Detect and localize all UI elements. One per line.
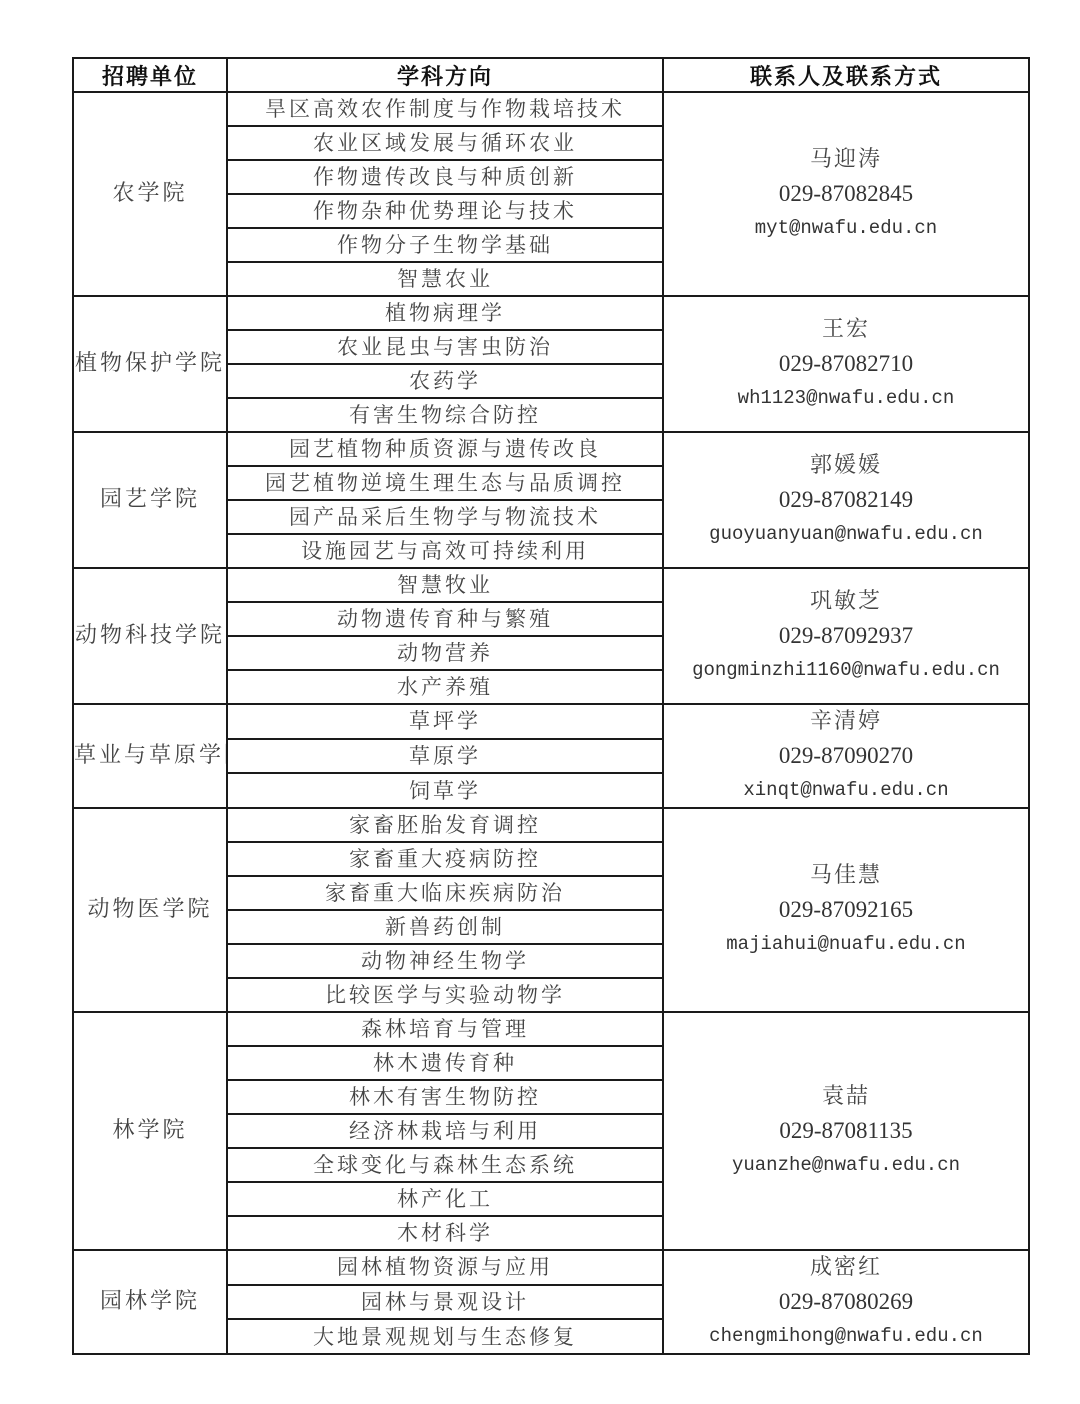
table-row: 动物医学院家畜胚胎发育调控马佳慧029-87092165majiahui@nua…	[73, 808, 1029, 842]
contact-name: 巩敏芝	[664, 585, 1028, 619]
header-contact: 联系人及联系方式	[663, 58, 1029, 92]
subject-cell: 林产化工	[227, 1182, 663, 1216]
unit-cell: 林学院	[73, 1012, 227, 1250]
header-subject: 学科方向	[227, 58, 663, 92]
unit-cell: 植物保护学院	[73, 296, 227, 432]
subject-cell: 农药学	[227, 364, 663, 398]
contact-name: 成密红	[664, 1251, 1028, 1285]
contact-email: gongminzhi1160@nwafu.edu.cn	[664, 653, 1028, 687]
contact-phone: 029-87092937	[664, 619, 1028, 653]
subject-cell: 草坪学	[227, 704, 663, 739]
contact-name: 辛清婷	[664, 705, 1028, 739]
subject-cell: 家畜胚胎发育调控	[227, 808, 663, 842]
unit-cell: 动物医学院	[73, 808, 227, 1012]
subject-cell: 作物遗传改良与种质创新	[227, 160, 663, 194]
contact-cell: 辛清婷029-87090270xinqt@nwafu.edu.cn	[663, 704, 1029, 808]
contact-phone: 029-87080269	[664, 1285, 1028, 1319]
subject-cell: 作物分子生物学基础	[227, 228, 663, 262]
unit-cell: 草业与草原学院	[73, 704, 227, 808]
table-row: 园艺学院园艺植物种质资源与遗传改良郭媛媛029-87082149guoyuany…	[73, 432, 1029, 466]
subject-cell: 作物杂种优势理论与技术	[227, 194, 663, 228]
subject-cell: 动物遗传育种与繁殖	[227, 602, 663, 636]
subject-cell: 园林与景观设计	[227, 1285, 663, 1320]
contact-cell: 马迎涛029-87082845myt@nwafu.edu.cn	[663, 92, 1029, 296]
contact-email: guoyuanyuan@nwafu.edu.cn	[664, 517, 1028, 551]
subject-cell: 新兽药创制	[227, 910, 663, 944]
contact-phone: 029-87082845	[664, 177, 1028, 211]
contact-phone: 029-87090270	[664, 739, 1028, 773]
table-row: 草业与草原学院草坪学辛清婷029-87090270xinqt@nwafu.edu…	[73, 704, 1029, 739]
subject-cell: 比较医学与实验动物学	[227, 978, 663, 1012]
contact-phone: 029-87082149	[664, 483, 1028, 517]
subject-cell: 园林植物资源与应用	[227, 1250, 663, 1285]
unit-cell: 农学院	[73, 92, 227, 296]
subject-cell: 旱区高效农作制度与作物栽培技术	[227, 92, 663, 126]
subject-cell: 智慧牧业	[227, 568, 663, 602]
table-row: 林学院森林培育与管理袁喆029-87081135yuanzhe@nwafu.ed…	[73, 1012, 1029, 1046]
subject-cell: 全球变化与森林生态系统	[227, 1148, 663, 1182]
subject-cell: 园艺植物逆境生理生态与品质调控	[227, 466, 663, 500]
subject-cell: 设施园艺与高效可持续利用	[227, 534, 663, 568]
subject-cell: 动物神经生物学	[227, 944, 663, 978]
subject-cell: 木材科学	[227, 1216, 663, 1250]
subject-cell: 林木有害生物防控	[227, 1080, 663, 1114]
contact-phone: 029-87092165	[664, 893, 1028, 927]
contact-cell: 成密红029-87080269chengmihong@nwafu.edu.cn	[663, 1250, 1029, 1354]
subject-cell: 农业区域发展与循环农业	[227, 126, 663, 160]
table-row: 农学院旱区高效农作制度与作物栽培技术马迎涛029-87082845myt@nwa…	[73, 92, 1029, 126]
table-row: 动物科技学院智慧牧业巩敏芝029-87092937gongminzhi1160@…	[73, 568, 1029, 602]
subject-cell: 草原学	[227, 739, 663, 774]
subject-cell: 经济林栽培与利用	[227, 1114, 663, 1148]
table-body: 农学院旱区高效农作制度与作物栽培技术马迎涛029-87082845myt@nwa…	[73, 92, 1029, 1354]
table-row: 园林学院园林植物资源与应用成密红029-87080269chengmihong@…	[73, 1250, 1029, 1285]
contact-name: 袁喆	[664, 1080, 1028, 1114]
header-row: 招聘单位 学科方向 联系人及联系方式	[73, 58, 1029, 92]
contact-email: wh1123@nwafu.edu.cn	[664, 381, 1028, 415]
subject-cell: 饲草学	[227, 773, 663, 808]
contact-cell: 王宏029-87082710wh1123@nwafu.edu.cn	[663, 296, 1029, 432]
subject-cell: 有害生物综合防控	[227, 398, 663, 432]
contact-name: 马迎涛	[664, 143, 1028, 177]
subject-cell: 植物病理学	[227, 296, 663, 330]
contact-cell: 袁喆029-87081135yuanzhe@nwafu.edu.cn	[663, 1012, 1029, 1250]
contact-name: 王宏	[664, 313, 1028, 347]
subject-cell: 家畜重大临床疾病防治	[227, 876, 663, 910]
contact-cell: 巩敏芝029-87092937gongminzhi1160@nwafu.edu.…	[663, 568, 1029, 704]
contact-name: 郭媛媛	[664, 449, 1028, 483]
table-row: 植物保护学院植物病理学王宏029-87082710wh1123@nwafu.ed…	[73, 296, 1029, 330]
contact-email: xinqt@nwafu.edu.cn	[664, 773, 1028, 807]
subject-cell: 农业昆虫与害虫防治	[227, 330, 663, 364]
contact-email: yuanzhe@nwafu.edu.cn	[664, 1148, 1028, 1182]
subject-cell: 动物营养	[227, 636, 663, 670]
contact-email: majiahui@nuafu.edu.cn	[664, 927, 1028, 961]
contact-email: chengmihong@nwafu.edu.cn	[664, 1319, 1028, 1353]
contact-cell: 郭媛媛029-87082149guoyuanyuan@nwafu.edu.cn	[663, 432, 1029, 568]
subject-cell: 园艺植物种质资源与遗传改良	[227, 432, 663, 466]
contact-phone: 029-87082710	[664, 347, 1028, 381]
subject-cell: 家畜重大疫病防控	[227, 842, 663, 876]
unit-cell: 园艺学院	[73, 432, 227, 568]
contact-cell: 马佳慧029-87092165majiahui@nuafu.edu.cn	[663, 808, 1029, 1012]
subject-cell: 水产养殖	[227, 670, 663, 704]
recruitment-table: 招聘单位 学科方向 联系人及联系方式 农学院旱区高效农作制度与作物栽培技术马迎涛…	[72, 57, 1030, 1355]
unit-cell: 园林学院	[73, 1250, 227, 1354]
header-unit: 招聘单位	[73, 58, 227, 92]
subject-cell: 林木遗传育种	[227, 1046, 663, 1080]
contact-email: myt@nwafu.edu.cn	[664, 211, 1028, 245]
unit-cell: 动物科技学院	[73, 568, 227, 704]
contact-name: 马佳慧	[664, 859, 1028, 893]
subject-cell: 智慧农业	[227, 262, 663, 296]
subject-cell: 园产品采后生物学与物流技术	[227, 500, 663, 534]
subject-cell: 大地景观规划与生态修复	[227, 1319, 663, 1354]
contact-phone: 029-87081135	[664, 1114, 1028, 1148]
subject-cell: 森林培育与管理	[227, 1012, 663, 1046]
